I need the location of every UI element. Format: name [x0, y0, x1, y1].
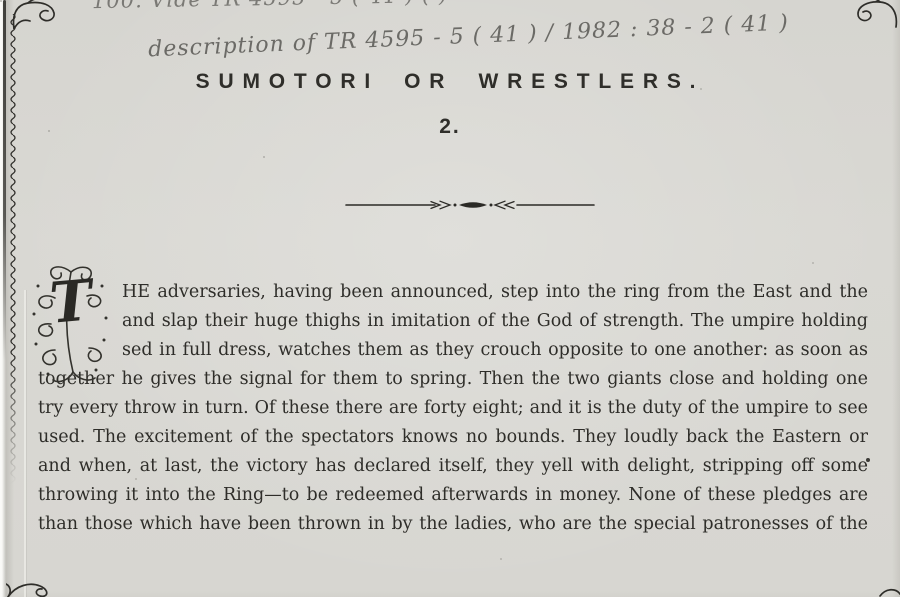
handwriting-note: description of TR 4595 - 5 ( 41 ) / 1982…: [148, 11, 790, 63]
divider-rule-icon: [345, 198, 595, 212]
corner-flourish-top-left-icon: [2, 0, 64, 29]
handwriting-clipped-line: 100. Vide TR 4595 - 5 ( 41 ) ( ): [92, 0, 448, 13]
text-line: sed in full dress, watches them as they …: [38, 336, 868, 365]
text-line: together he gives the signal for them to…: [38, 365, 868, 394]
page-title: SUMOTORI OR WRESTLERS.: [0, 70, 900, 94]
ornate-initial: T: [24, 262, 118, 384]
scan-edge-line: [3, 0, 6, 360]
corner-flourish-top-right-icon: [850, 0, 900, 29]
text-line: try every throw in turn. Of these there …: [38, 394, 868, 423]
corner-flourish-bottom-left-icon: [6, 577, 58, 597]
page-number: 2.: [0, 115, 900, 139]
drop-cap-letter: T: [48, 272, 94, 331]
scanned-book-page: { "doc": { "handwriting": { "clipped_top…: [0, 0, 900, 597]
text-line: than those which have been thrown in by …: [38, 510, 868, 539]
text-line: and when, at last, the victory has decla…: [38, 452, 868, 481]
text-line: HE adversaries, having been announced, s…: [38, 278, 868, 307]
text-line: throwing it into the Ring—to be redeemed…: [38, 481, 868, 510]
text-line: used. The excitement of the spectators k…: [38, 423, 868, 452]
ornamental-divider: [345, 197, 595, 211]
body-paragraph: T HE adversaries, having been announced,…: [38, 278, 868, 539]
text-line: and slap their huge thighs in imitation …: [38, 307, 868, 336]
corner-flourish-bottom-right-icon: [878, 587, 900, 597]
